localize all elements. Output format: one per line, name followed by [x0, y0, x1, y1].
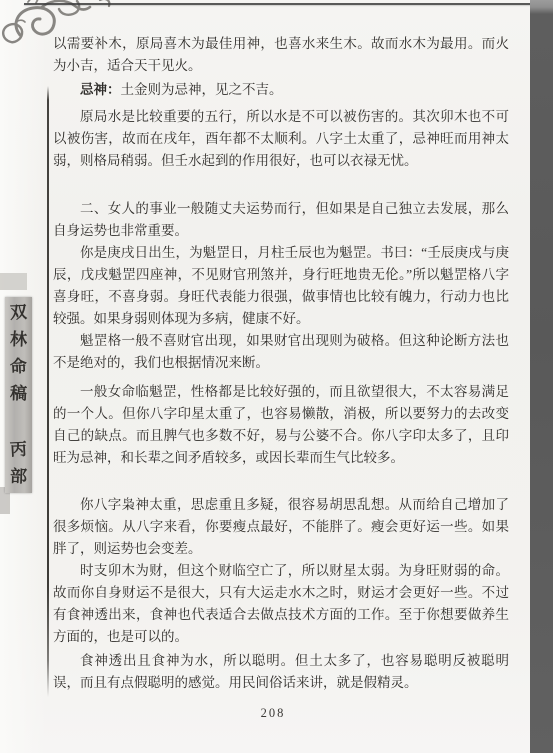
- scan-artifact: [0, 273, 27, 290]
- spine-char: 命: [5, 357, 33, 376]
- page-fold-line: [47, 86, 49, 697]
- top-edge-line: [24, 3, 531, 5]
- paragraph: 原局水是比较重要的五行，所以水是不可以被伤害的。其次卯木也不可以被伤害，故而在戌…: [53, 106, 509, 172]
- spine-char: 部: [5, 468, 33, 487]
- paragraph: 食神透出且食神为水，所以聪明。但土太多了，也容易聪明反被聪明误，而且有点假聪明的…: [53, 650, 509, 694]
- paragraph: 你八字枭神太重，思虑重且多疑，很容易胡思乱想。从而给自己增加了很多烦恼。从八字来…: [53, 494, 509, 560]
- paragraph: 你是庚戌日出生，为魁罡日，月柱壬辰也为魁罡。书曰：“壬辰庚戌与庚辰，戊戌魁罡四座…: [53, 242, 509, 330]
- paragraph: 一般女命临魁罡，性格都是比较好强的，而且欲望很大，不太容易满足的一个人。但你八字…: [53, 381, 509, 469]
- body-text: 以需要补木，原局喜木为最佳用神，也喜水来生木。故而水木为最用。而火为小吉，适合天…: [53, 33, 509, 694]
- spine-char: 丙: [5, 440, 33, 459]
- page-number: 208: [53, 706, 493, 721]
- scanner-edge-band: [530, 0, 553, 753]
- spine-char: 稿: [5, 385, 33, 404]
- spine-char: 双: [5, 303, 33, 322]
- paragraph-lead: 忌神：: [80, 82, 121, 97]
- scanned-book-page: 双 林 命 稿 丙 部 以需要补木，原局喜木为最佳用神，也喜水来生木。故而水木为…: [0, 0, 553, 753]
- spine-label: 双 林 命 稿 丙 部: [5, 297, 32, 493]
- paragraph: 以需要补木，原局喜木为最佳用神，也喜水来生木。故而水木为最用。而火为小吉，适合天…: [53, 33, 509, 77]
- spine-char: 林: [5, 331, 33, 350]
- paragraph: 二、女人的事业一般随丈夫运势而行，但如果是自己独立去发展，那么自身运势也非常重要…: [53, 198, 509, 242]
- paragraph-text: 土金则为忌神，见之不吉。: [121, 82, 283, 97]
- paragraph: 忌神：土金则为忌神，见之不吉。: [53, 79, 509, 101]
- paragraph: 时支卯木为财，但这个财临空亡了，所以财星太弱。为身旺财弱的命。故而你自身财运不是…: [53, 560, 509, 648]
- paragraph: 魁罡格一般不喜财官出现，如果财官出现则为破格。但这种论断方法也不是绝对的，我们也…: [53, 330, 509, 374]
